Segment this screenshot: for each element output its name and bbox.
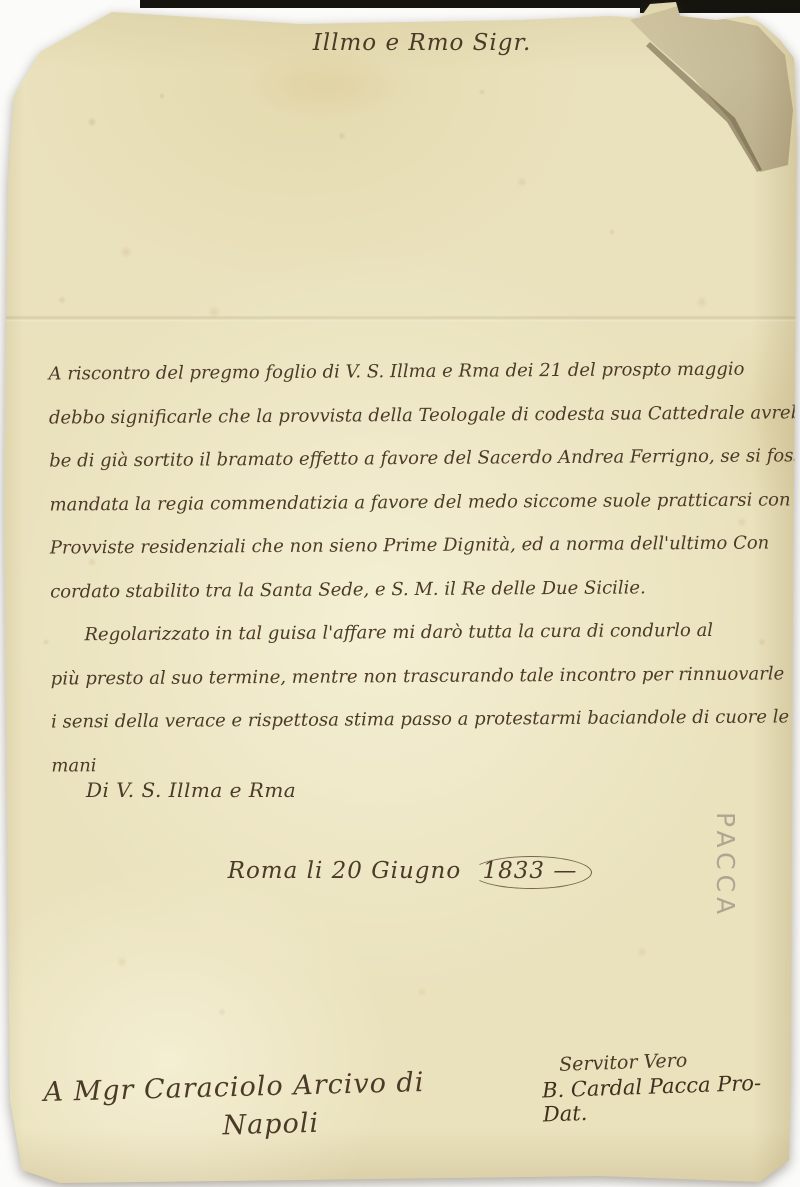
- address-line: Napoli: [222, 1105, 426, 1141]
- fold-crease: [0, 316, 800, 322]
- dateline-place-date: Roma li 20 Giugno: [228, 858, 462, 884]
- body-line: debbo significarle che la provvista dell…: [49, 391, 775, 440]
- body-line: Regolarizzato in tal guisa l'affare mi d…: [50, 608, 776, 657]
- signature-block: Servitor Vero B. Cardal Pacca Pro-Dat.: [541, 1046, 800, 1127]
- letter-page-wrapper: Illmo e Rmo Sigr. A riscontro del pregmo…: [0, 0, 800, 1187]
- dateline-year-flourish: 1833 —: [471, 856, 592, 889]
- address-block: A Mgr Caraciolo Arcivo di Napoli: [43, 1067, 426, 1146]
- body-line: mandata la regia commendatizia a favore …: [49, 478, 775, 527]
- body-line: più presto al suo termine, mentre non tr…: [51, 652, 777, 701]
- letter-body: A riscontro del pregmo foglio di V. S. I…: [48, 347, 777, 787]
- body-line: Provviste residenziali che non sieno Pri…: [50, 521, 776, 570]
- pencil-annotation: PACCA: [700, 812, 740, 947]
- body-line: A riscontro del pregmo foglio di V. S. I…: [48, 347, 774, 396]
- dateline: Roma li 20 Giugno 1833 —: [10, 856, 800, 889]
- body-line: i sensi della verace e rispettosa stima …: [51, 695, 777, 744]
- body-line: be di già sortito il bramato effetto a f…: [49, 434, 775, 483]
- address-line: A Mgr Caraciolo Arcivo di: [43, 1067, 425, 1108]
- body-line: cordato stabilito tra la Santa Sede, e S…: [50, 565, 776, 614]
- salutation: Illmo e Rmo Sigr.: [22, 30, 800, 56]
- letter-page: Illmo e Rmo Sigr. A riscontro del pregmo…: [0, 0, 800, 1187]
- closing-formula: Di V. S. Illma e Rma: [86, 778, 296, 802]
- signature-name: B. Cardal Pacca Pro-Dat.: [542, 1070, 800, 1127]
